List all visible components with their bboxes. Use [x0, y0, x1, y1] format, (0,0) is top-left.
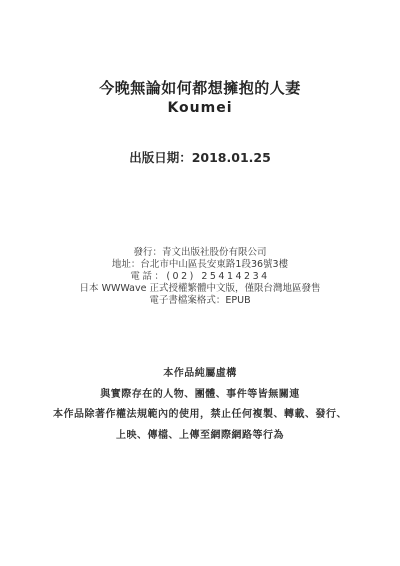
- phone-line: 電話：(02) 25414234: [0, 271, 400, 283]
- publish-date: 出版日期：2018.01.25: [0, 148, 400, 166]
- disclaimer-line: 上映、傳檔、上傳至網際網路等行為: [0, 426, 400, 447]
- disclaimer-line: 本作品純屬虛構: [0, 364, 400, 385]
- ebook-format-line: 電子書檔案格式：EPUB: [0, 295, 400, 307]
- author-name: Koumei: [0, 100, 400, 116]
- publisher-line: 發行：青文出版社股份有限公司: [0, 247, 400, 259]
- disclaimer-line: 與實際存在的人物、團體、事件等皆無關連: [0, 385, 400, 406]
- address-line: 地址：台北市中山區長安東路1段36號3樓: [0, 259, 400, 271]
- publisher-info-block: 發行：青文出版社股份有限公司 地址：台北市中山區長安東路1段36號3樓 電話：(…: [0, 247, 400, 307]
- book-title: 今晚無論如何都想擁抱的人妻: [0, 77, 400, 98]
- disclaimer-block: 本作品純屬虛構 與實際存在的人物、團體、事件等皆無關連 本作品除著作權法規範內的…: [0, 364, 400, 446]
- disclaimer-line: 本作品除著作權法規範內的使用，禁止任何複製、轉載、發行、: [0, 405, 400, 426]
- license-line: 日本 WWWave 正式授權繁體中文版，僅限台灣地區發售: [0, 283, 400, 295]
- colophon-page: 今晚無論如何都想擁抱的人妻 Koumei 出版日期：2018.01.25 發行：…: [0, 0, 400, 566]
